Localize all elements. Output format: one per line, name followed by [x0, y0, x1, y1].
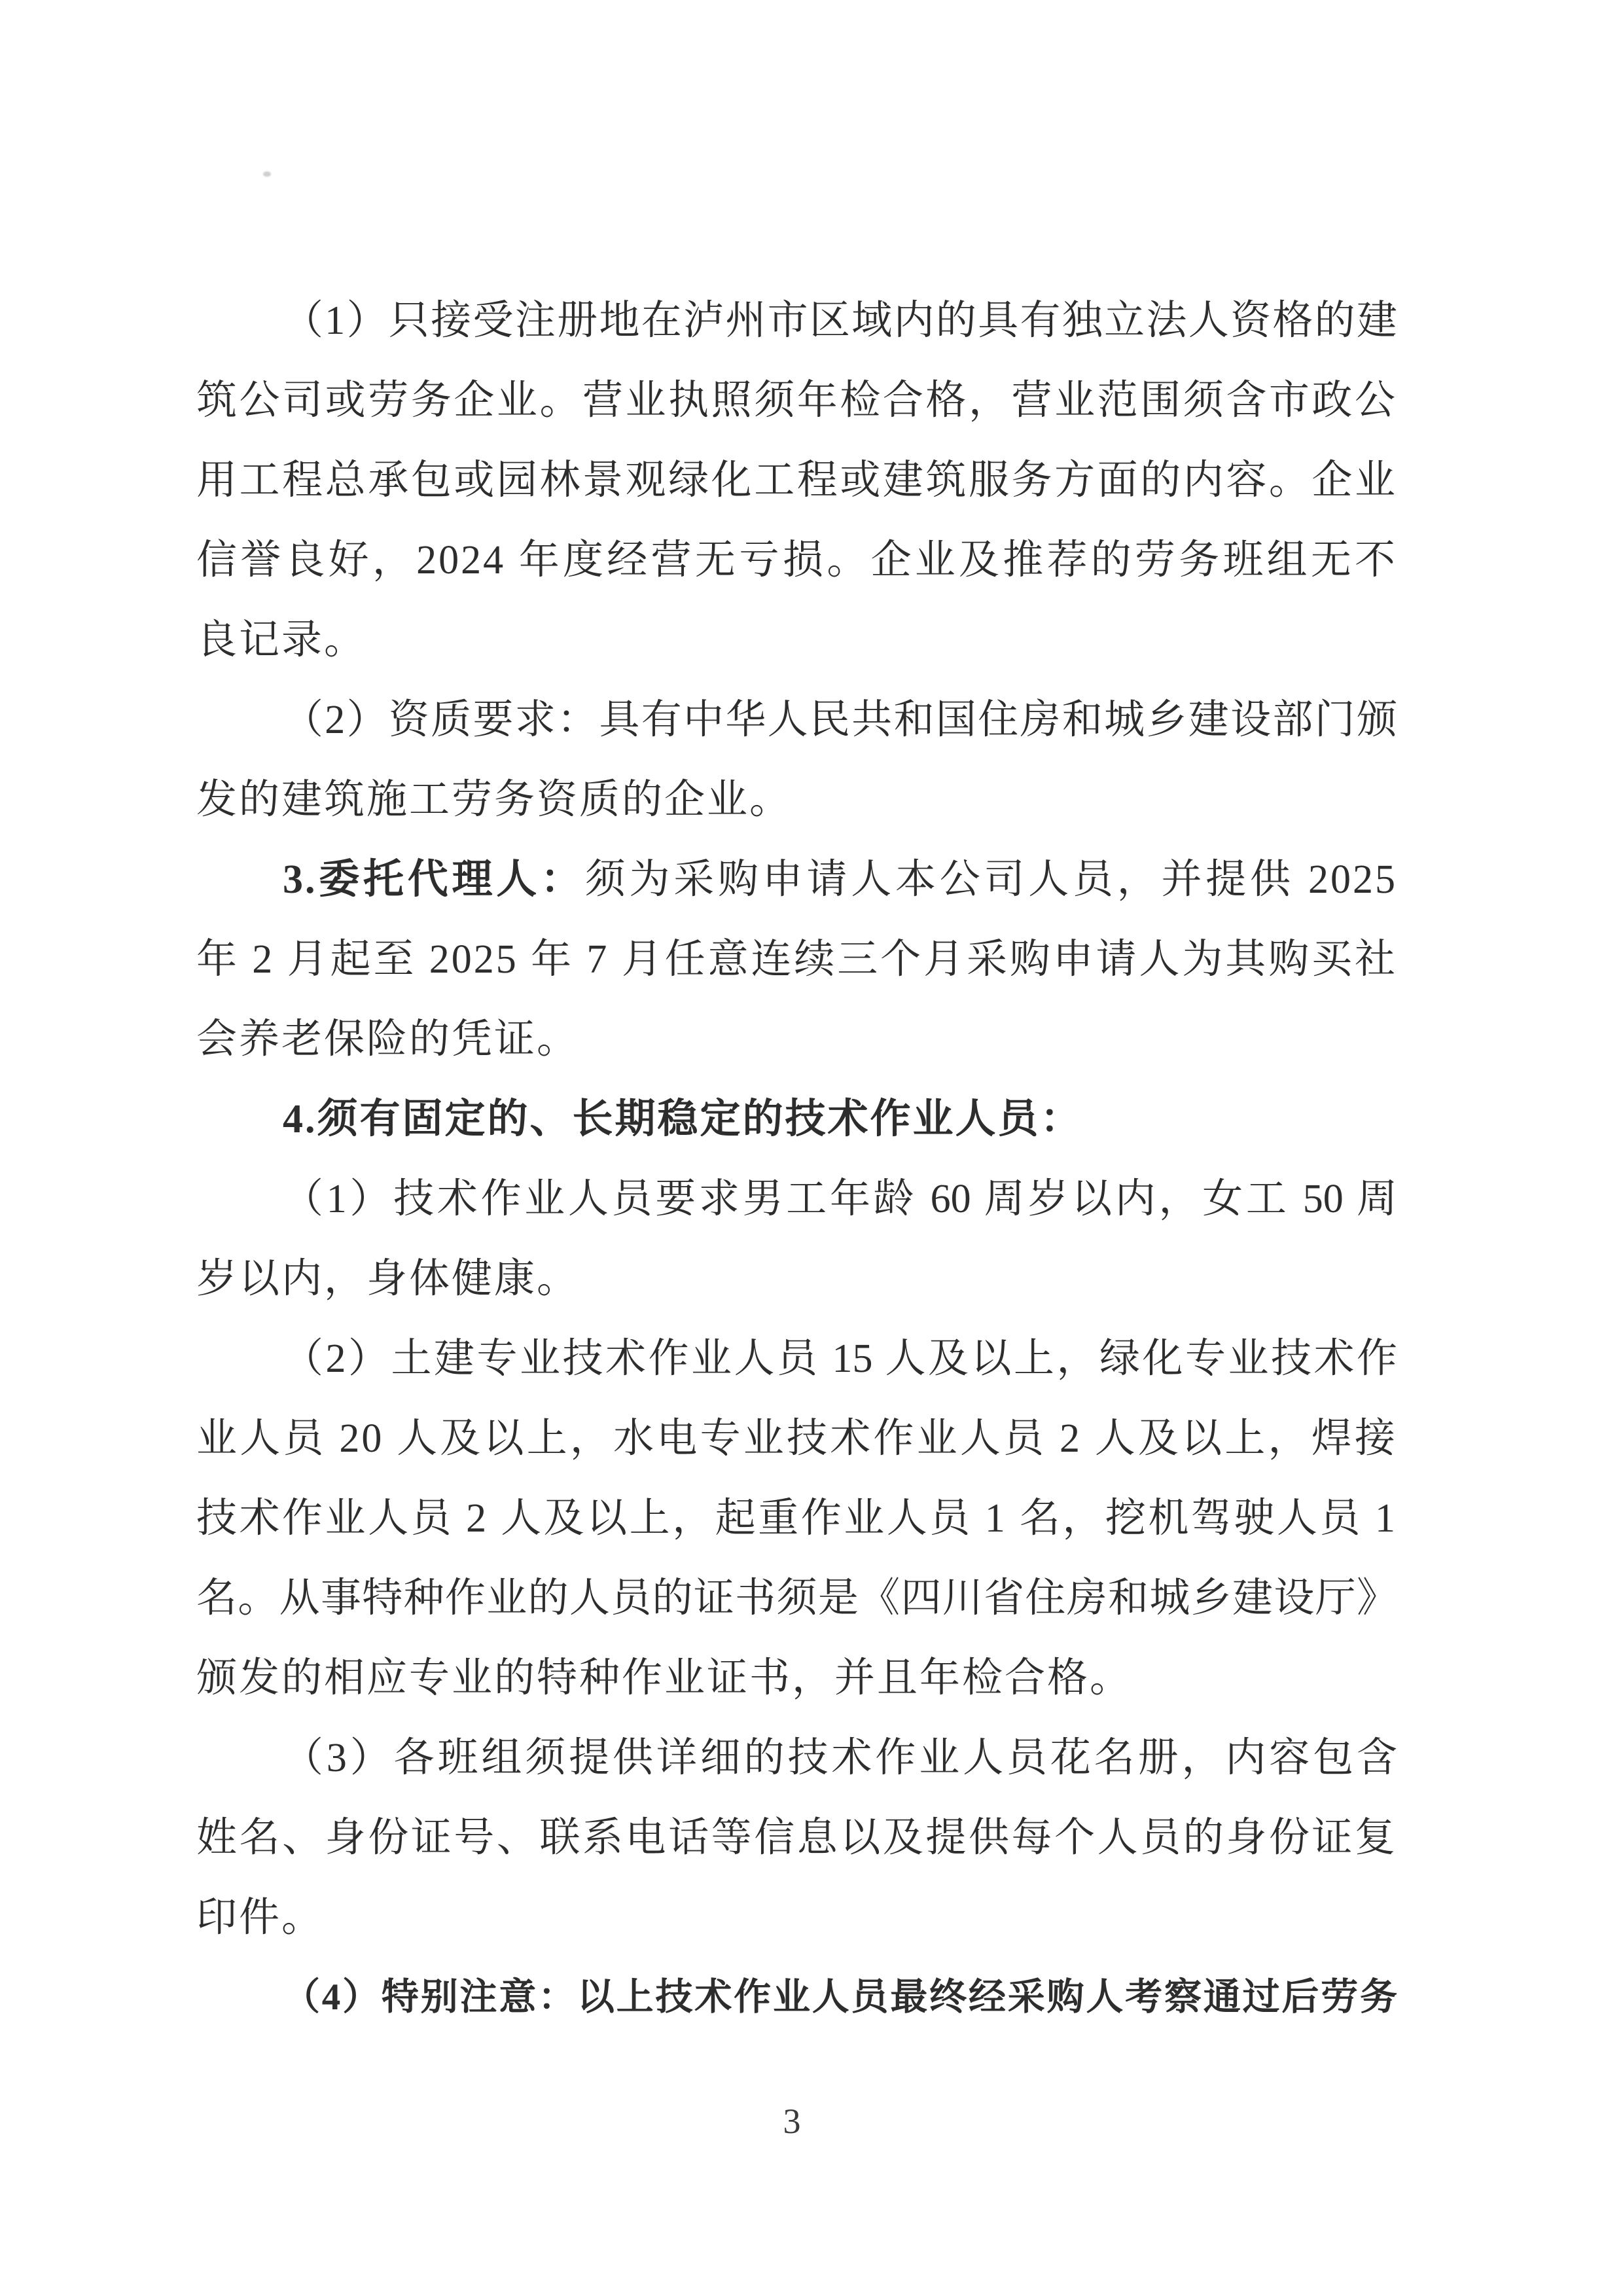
- page-number: 3: [762, 2085, 821, 2157]
- text-line: 姓名、身份证号、联系电话等信息以及提供每个人员的身份证复: [196, 1798, 1397, 1878]
- scan-speck: [263, 171, 271, 177]
- text-line: 发的建筑施工劳务资质的企业。: [196, 760, 1397, 840]
- text-line: 筑公司或劳务企业。营业执照须年检合格，营业范围须含市政公: [196, 361, 1397, 440]
- text-line: （2）土建专业技术作业人员 15 人及以上，绿化专业技术作: [196, 1319, 1397, 1399]
- clause-3-heading-text: 须为采购申请人本公司人员，并提供 2025: [585, 857, 1397, 902]
- clause-4-heading-line: 4.须有固定的、长期稳定的技术作业人员：: [196, 1079, 1397, 1159]
- text-line: 业人员 20 人及以上，水电专业技术作业人员 2 人及以上，焊接: [196, 1399, 1397, 1479]
- text-line: （2）资质要求：具有中华人民共和国住房和城乡建设部门颁: [196, 680, 1397, 760]
- text-line: 印件。: [196, 1878, 1397, 1958]
- text-line: 会养老保险的凭证。: [196, 999, 1397, 1079]
- text-line: 岁以内，身体健康。: [196, 1239, 1397, 1319]
- text-line: 良记录。: [196, 600, 1397, 680]
- text-line: （1）只接受注册地在泸州市区域内的具有独立法人资格的建: [196, 281, 1397, 361]
- clause-3-heading-line: 3.委托代理人：须为采购申请人本公司人员，并提供 2025: [196, 840, 1397, 920]
- document-page: （1）只接受注册地在泸州市区域内的具有独立法人资格的建 筑公司或劳务企业。营业执…: [0, 0, 1623, 2296]
- text-line: 年 2 月起至 2025 年 7 月任意连续三个月采购申请人为其购买社: [196, 920, 1397, 999]
- special-note-line: （4）特别注意：以上技术作业人员最终经采购人考察通过后劳务: [196, 1958, 1397, 2037]
- text-line: 用工程总承包或园林景观绿化工程或建筑服务方面的内容。企业: [196, 440, 1397, 520]
- text-line: （1）技术作业人员要求男工年龄 60 周岁以内，女工 50 周: [196, 1159, 1397, 1239]
- text-line: （3）各班组须提供详细的技术作业人员花名册，内容包含: [196, 1718, 1397, 1798]
- text-line: 信誉良好，2024 年度经营无亏损。企业及推荐的劳务班组无不: [196, 520, 1397, 600]
- text-line: 名。从事特种作业的人员的证书须是《四川省住房和城乡建设厅》: [196, 1558, 1397, 1638]
- clause-3-heading-label: 3.委托代理人：: [283, 857, 585, 902]
- text-line: 技术作业人员 2 人及以上，起重作业人员 1 名，挖机驾驶人员 1: [196, 1479, 1397, 1558]
- text-line: 颁发的相应专业的特种作业证书，并且年检合格。: [196, 1638, 1397, 1718]
